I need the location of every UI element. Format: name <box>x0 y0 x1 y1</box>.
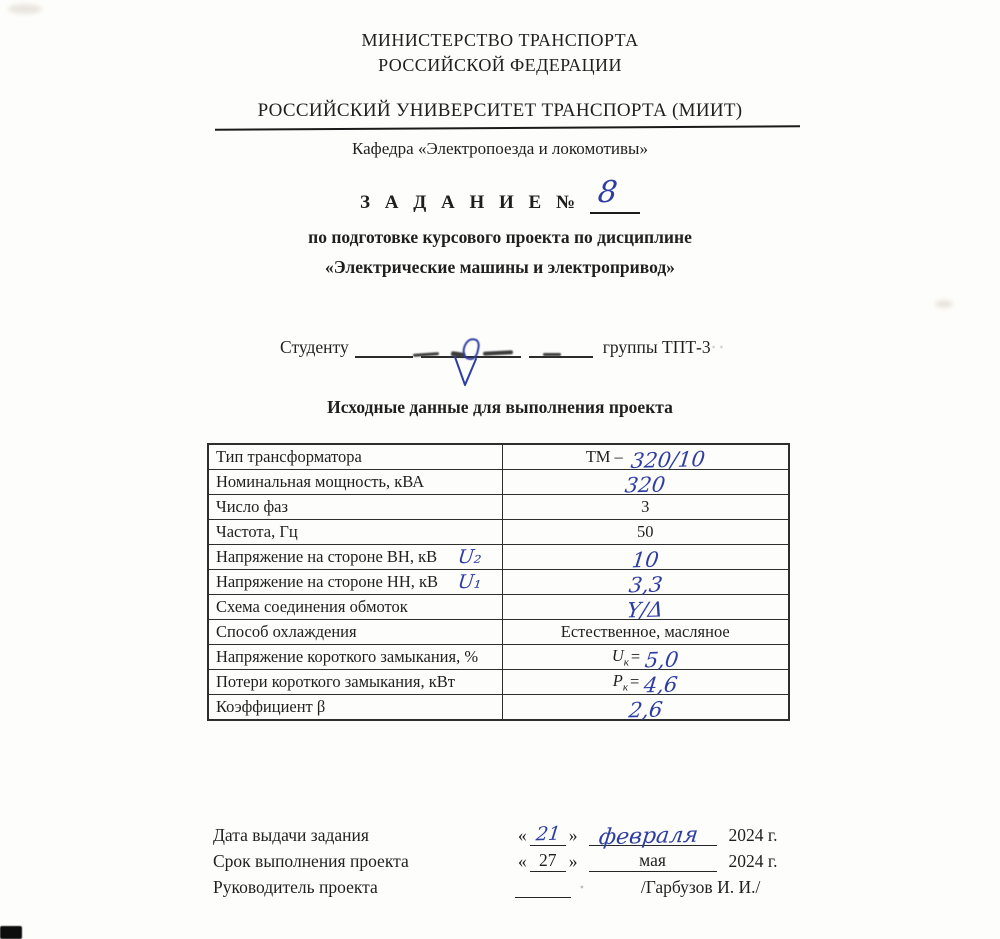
issue-date-label: Дата выдачи задания <box>213 825 515 846</box>
table-row: Способ охлаждения Естественное, масляное <box>208 620 789 645</box>
table-row: Напряжение короткого замыкания, % Uк=5,0 <box>208 645 789 670</box>
row-label: Частота, Гц <box>216 522 298 542</box>
row-label: Напряжение на стороне НН, кВ <box>216 572 438 592</box>
row-value-cell: 320 <box>502 470 789 495</box>
handwritten-value: 320 <box>624 472 667 497</box>
handwritten-value: 4,6 <box>643 673 679 698</box>
row-label: Коэффициент β <box>216 697 325 717</box>
table-row: Номинальная мощность, кВА 320 <box>208 470 789 495</box>
row-label: Способ охлаждения <box>216 622 357 642</box>
row-label: Номинальная мощность, кВА <box>216 472 424 492</box>
table-title: Исходные данные для выполнения проекта <box>0 397 1000 418</box>
assignment-title-label: З А Д А Н И Е № <box>360 192 580 214</box>
group-label: группы ТПТ-3·· <box>603 337 727 358</box>
printed-month: мая <box>639 850 666 870</box>
printed-value: Естественное, масляное <box>561 622 730 642</box>
row-value-cell: 3,3 <box>502 570 789 595</box>
row-label-cell: Напряжение на стороне НН, кВU₁ <box>208 570 502 595</box>
printed-value-prefix: ТМ – <box>586 447 623 467</box>
handwritten-value: 10 <box>630 548 660 573</box>
row-label: Напряжение на стороне ВН, кВ <box>216 547 437 567</box>
due-date-row: Срок выполнения проекта «27»мая2024 г. <box>213 846 783 872</box>
supervisor-label: Руководитель проекта <box>213 877 515 898</box>
handwritten-value: Y/Δ <box>626 598 665 623</box>
row-label: Тип трансформатора <box>216 447 362 467</box>
handwritten-value: 2,6 <box>627 698 663 723</box>
row-label-cell: Напряжение короткого замыкания, % <box>208 645 502 670</box>
symbol-subscript: к <box>624 656 629 668</box>
row-label-cell: Номинальная мощность, кВА <box>208 470 502 495</box>
row-value-cell: Uк=5,0 <box>502 645 789 670</box>
table-row: Потери короткого замыкания, кВт Pк=4,6 <box>208 670 789 695</box>
handwritten-symbol-annotation: U₁ <box>457 571 483 594</box>
close-quote: » <box>569 825 578 846</box>
row-label: Потери короткого замыкания, кВт <box>216 672 455 692</box>
row-value-cell: 3 <box>502 495 789 520</box>
equals-sign: = <box>630 672 639 692</box>
assignment-number-line: 8 <box>590 186 640 214</box>
scan-corner-smudge <box>0 926 22 939</box>
blank-line-segment <box>529 356 593 358</box>
symbol-letter: P <box>613 671 623 690</box>
row-label-cell: Частота, Гц <box>208 520 502 545</box>
assignment-subtitle-1: по подготовке курсового проекта по дисци… <box>0 227 1000 248</box>
university-underline <box>215 125 800 131</box>
handwritten-month: февраля <box>597 825 699 849</box>
due-day-line: 27 <box>530 850 566 872</box>
table-row: Число фаз 3 <box>208 495 789 520</box>
row-label: Схема соединения обмоток <box>216 597 408 617</box>
open-quote: « <box>518 825 527 846</box>
row-value-cell: 50 <box>502 520 789 545</box>
scan-dash-artifact: · <box>579 877 585 898</box>
scanned-assignment-page: МИНИСТЕРСТВО ТРАНСПОРТА РОССИЙСКОЙ ФЕДЕР… <box>0 0 1000 939</box>
row-value-cell: Pк=4,6 <box>502 670 789 695</box>
issue-year: 2024 г. <box>729 825 778 846</box>
open-quote: « <box>518 851 527 872</box>
supervisor-value: ·/Гарбузов И. И./ <box>515 876 760 898</box>
row-label: Число фаз <box>216 497 288 517</box>
student-line: Студенту группы ТПТ-3·· <box>280 336 726 358</box>
blank-line-segment <box>355 356 413 358</box>
table-row: Напряжение на стороне НН, кВU₁ 3,3 <box>208 570 789 595</box>
row-value-cell: Естественное, масляное <box>502 620 789 645</box>
row-label-cell: Схема соединения обмоток <box>208 595 502 620</box>
issue-date-row: Дата выдачи задания «21»февраля2024 г. <box>213 820 783 846</box>
scan-speck <box>8 4 42 14</box>
row-label-cell: Тип трансформатора <box>208 444 502 470</box>
issue-day-line: 21 <box>530 824 566 846</box>
handwritten-value: 5,0 <box>644 648 680 673</box>
symbol-letter: U <box>612 646 624 665</box>
handwritten-check-mark <box>452 355 482 391</box>
ministry-line-1: МИНИСТЕРСТВО ТРАНСПОРТА <box>0 30 1000 51</box>
printed-symbol: Uк <box>612 646 629 668</box>
redacted-name-smudge <box>543 353 561 356</box>
row-value-cell: 10 <box>502 545 789 570</box>
row-label-cell: Коэффициент β <box>208 695 502 721</box>
row-label-cell: Способ охлаждения <box>208 620 502 645</box>
issue-month-line: февраля <box>589 824 717 846</box>
initial-data-table: Тип трансформатора ТМ –320/10 Номинальна… <box>207 443 790 721</box>
printed-symbol: Pк <box>613 671 628 693</box>
table-row: Частота, Гц 50 <box>208 520 789 545</box>
supervisor-row: Руководитель проекта ·/Гарбузов И. И./ <box>213 872 783 898</box>
university-title: РОССИЙСКИЙ УНИВЕРСИТЕТ ТРАНСПОРТА (МИИТ) <box>0 100 1000 122</box>
handwritten-symbol-annotation: U₂ <box>457 546 483 569</box>
table-row: Схема соединения обмоток Y/Δ <box>208 595 789 620</box>
printed-value: 50 <box>637 522 654 542</box>
printed-value: 3 <box>641 497 649 517</box>
close-quote: » <box>569 851 578 872</box>
assignment-title-row: З А Д А Н И Е № 8 <box>0 186 1000 214</box>
row-value-cell: ТМ –320/10 <box>502 444 789 470</box>
due-date-label: Срок выполнения проекта <box>213 851 515 872</box>
handwritten-value: 320/10 <box>629 447 706 473</box>
ministry-line-2: РОССИЙСКОЙ ФЕДЕРАЦИИ <box>0 55 1000 76</box>
issue-date-value: «21»февраля2024 г. <box>515 824 777 846</box>
due-date-value: «27»мая2024 г. <box>515 850 777 872</box>
group-redacted-marks: ·· <box>711 337 727 357</box>
supervisor-signature: /Гарбузов И. И./ <box>641 877 761 898</box>
table-row: Тип трансформатора ТМ –320/10 <box>208 444 789 470</box>
due-month-line: мая <box>589 850 717 872</box>
row-label: Напряжение короткого замыкания, % <box>216 647 478 667</box>
handwritten-day: 21 <box>535 825 561 845</box>
footer-block: Дата выдачи задания «21»февраля2024 г. С… <box>213 820 783 898</box>
group-label-text: группы ТПТ-3 <box>603 337 711 357</box>
row-value-cell: Y/Δ <box>502 595 789 620</box>
handwritten-value: 3,3 <box>627 573 663 598</box>
row-value-cell: 2,6 <box>502 695 789 721</box>
assignment-subtitle-2: «Электрические машины и электропривод» <box>0 257 1000 278</box>
table-row: Напряжение на стороне ВН, кВU₂ 10 <box>208 545 789 570</box>
equals-sign: = <box>631 647 640 667</box>
department-line: Кафедра «Электропоезда и локомотивы» <box>0 139 1000 159</box>
row-label-cell: Потери короткого замыкания, кВт <box>208 670 502 695</box>
symbol-subscript: к <box>623 681 628 693</box>
redacted-name-smudge <box>483 350 513 356</box>
student-label: Студенту <box>280 337 349 358</box>
scan-speck <box>935 300 953 308</box>
row-label-cell: Напряжение на стороне ВН, кВU₂ <box>208 545 502 570</box>
assignment-number-handwritten: 8 <box>596 178 619 208</box>
due-year: 2024 г. <box>729 851 778 872</box>
printed-day: 27 <box>539 850 557 870</box>
row-label-cell: Число фаз <box>208 495 502 520</box>
table-row: Коэффициент β 2,6 <box>208 695 789 721</box>
signature-blank-line <box>515 876 571 898</box>
